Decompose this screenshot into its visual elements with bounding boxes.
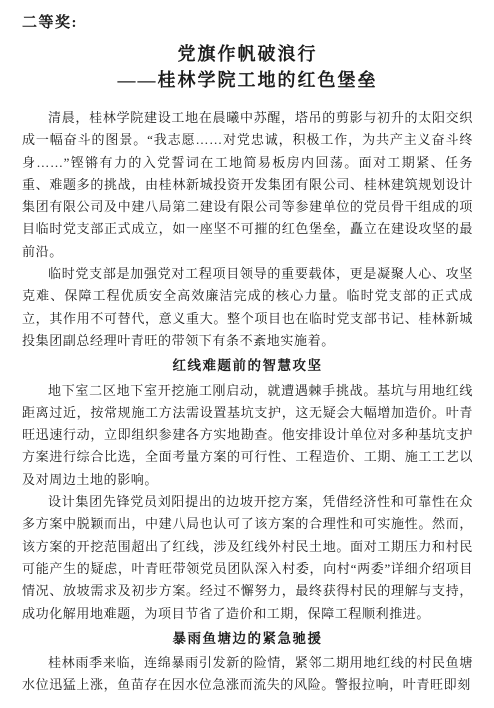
body-paragraph-5: 桂林雨季来临，连绵暴雨引发新的险情，紧邻二期用地红线的村民鱼塘水位迅猛上涨，鱼苗… (22, 652, 473, 697)
body-paragraph-4: 设计集团先锋党员刘阳提出的边坡开挖方案，凭借经济性和可靠性在众多方案中脱颖而出，… (22, 491, 473, 625)
title-line-2: ——桂林学院工地的红色堡垒 (22, 67, 473, 93)
document-page: 二等奖: 党旗作帆破浪行 ——桂林学院工地的红色堡垒 清晨，桂林学院建设工地在晨… (0, 0, 494, 708)
document-body: 清晨，桂林学院建设工地在晨曦中苏醒，塔吊的剪影与初升的太阳交织成一幅奋斗的图景。… (22, 107, 473, 697)
section-heading-2: 暴雨鱼塘边的紧急驰援 (22, 628, 473, 650)
body-paragraph-1: 清晨，桂林学院建设工地在晨曦中苏醒，塔吊的剪影与初升的太阳交织成一幅奋斗的图景。… (22, 107, 473, 263)
award-label: 二等奖: (22, 13, 473, 33)
title-line-1: 党旗作帆破浪行 (22, 41, 473, 67)
body-paragraph-2: 临时党支部是加强党对工程项目领导的重要载体，更是凝聚人心、攻坚克难、保障工程优质… (22, 263, 473, 352)
document-title: 党旗作帆破浪行 ——桂林学院工地的红色堡垒 (22, 41, 473, 93)
section-heading-1: 红线难题前的智慧攻坚 (22, 355, 473, 377)
body-paragraph-3: 地下室二区地下室开挖施工刚启动，就遭遇棘手挑战。基坑与用地红线距离过近，按常规施… (22, 380, 473, 491)
